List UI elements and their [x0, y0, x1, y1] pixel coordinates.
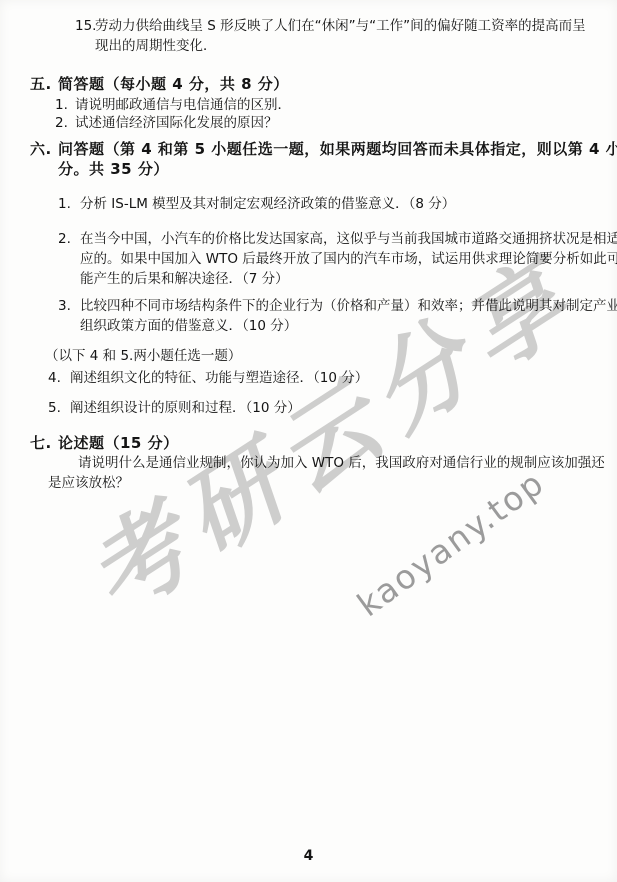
- item-number: 4.: [48, 368, 70, 388]
- section-7-title: 论述题（15 分）: [58, 433, 179, 453]
- item-text: 阐述组织文化的特征、功能与塑造途径．（10 分）: [70, 368, 368, 388]
- item-number: 1.: [55, 95, 75, 115]
- question-15: 15. 劳动力供给曲线呈 S 形反映了人们在“休闲”与“工作”间的偏好随工资率的…: [75, 16, 586, 56]
- item-text: 请说明邮政通信与电信通信的区别．: [75, 95, 291, 115]
- section-5-item-1: 1. 请说明邮政通信与电信通信的区别．: [55, 95, 291, 115]
- section-6-number: 六.: [30, 139, 58, 159]
- section-7-paragraph-line-2: 是应该放松？: [48, 473, 129, 493]
- item-text: 试述通信经济国际化发展的原因？: [75, 113, 278, 133]
- section-6-choice-note: （以下 4 和 5.两小题任选一题）: [45, 346, 241, 366]
- item-number: 1.: [58, 194, 80, 214]
- item-text-line-2: 组织政策方面的借鉴意义．（10 分）: [80, 316, 617, 336]
- section-5-title: 简答题（每小题 4 分，共 8 分）: [58, 74, 289, 94]
- section-6-item-1: 1. 分析 IS-LM 模型及其对制定宏观经济政策的借鉴意义．（8 分）: [58, 194, 455, 214]
- item-text-line-1: 比较四种不同市场结构条件下的企业行为（价格和产量）和效率；并借此说明其对制定产业: [80, 296, 617, 316]
- paragraph-text: 请说明什么是通信业规制，你认为加入 WTO 后，我国政府对通信行业的规制应该加强…: [78, 453, 605, 473]
- item-text: 阐述组织设计的原则和过程．（10 分）: [70, 398, 301, 418]
- section-5-heading: 五. 简答题（每小题 4 分，共 8 分）: [30, 74, 289, 94]
- section-6-title-line-2: 分。共 35 分）: [58, 159, 617, 179]
- section-6-item-4: 4. 阐述组织文化的特征、功能与塑造途径．（10 分）: [48, 368, 368, 388]
- item-text-line-1: 在当今中国，小汽车的价格比发达国家高，这似乎与当前我国城市道路交通拥挤状况是相适: [80, 229, 617, 249]
- section-5-item-2: 2. 试述通信经济国际化发展的原因？: [55, 113, 278, 133]
- section-7-paragraph-line-1: 请说明什么是通信业规制，你认为加入 WTO 后，我国政府对通信行业的规制应该加强…: [78, 453, 605, 473]
- item-text-line-2: 应的。如果中国加入 WTO 后最终开放了国内的汽车市场，试运用供求理论简要分析如…: [80, 249, 617, 269]
- item-number: 5.: [48, 398, 70, 418]
- choice-note-text: （以下 4 和 5.两小题任选一题）: [45, 346, 241, 366]
- section-5-number: 五.: [30, 74, 58, 94]
- exam-content: 15. 劳动力供给曲线呈 S 形反映了人们在“休闲”与“工作”间的偏好随工资率的…: [0, 0, 617, 882]
- item-text-line-3: 能产生的后果和解决途径．（7 分）: [80, 269, 617, 289]
- section-6-title-line-1: 问答题（第 4 和第 5 小题任选一题，如果两题均回答而未具体指定，则以第 4 …: [58, 139, 617, 159]
- question-15-text-line-1: 劳动力供给曲线呈 S 形反映了人们在“休闲”与“工作”间的偏好随工资率的提高而呈: [95, 16, 586, 36]
- item-number: 2.: [55, 113, 75, 133]
- question-15-number: 15.: [75, 16, 95, 36]
- item-text: 分析 IS-LM 模型及其对制定宏观经济政策的借鉴意义．（8 分）: [80, 194, 455, 214]
- section-6-heading: 六. 问答题（第 4 和第 5 小题任选一题，如果两题均回答而未具体指定，则以第…: [30, 139, 617, 179]
- item-number: 3.: [58, 296, 80, 316]
- item-number: 2.: [58, 229, 80, 249]
- section-6-item-2: 2. 在当今中国，小汽车的价格比发达国家高，这似乎与当前我国城市道路交通拥挤状况…: [58, 229, 617, 289]
- section-6-item-5: 5. 阐述组织设计的原则和过程．（10 分）: [48, 398, 301, 418]
- section-6-item-3: 3. 比较四种不同市场结构条件下的企业行为（价格和产量）和效率；并借此说明其对制…: [58, 296, 617, 336]
- section-7-heading: 七. 论述题（15 分）: [30, 433, 179, 453]
- section-7-number: 七.: [30, 433, 58, 453]
- page-number: 4: [0, 848, 617, 864]
- question-15-text-line-2: 现出的周期性变化．: [95, 36, 586, 56]
- scanned-exam-page: 考研云分享 kaoyany.top 15. 劳动力供给曲线呈 S 形反映了人们在…: [0, 0, 617, 882]
- paragraph-text: 是应该放松？: [48, 473, 129, 493]
